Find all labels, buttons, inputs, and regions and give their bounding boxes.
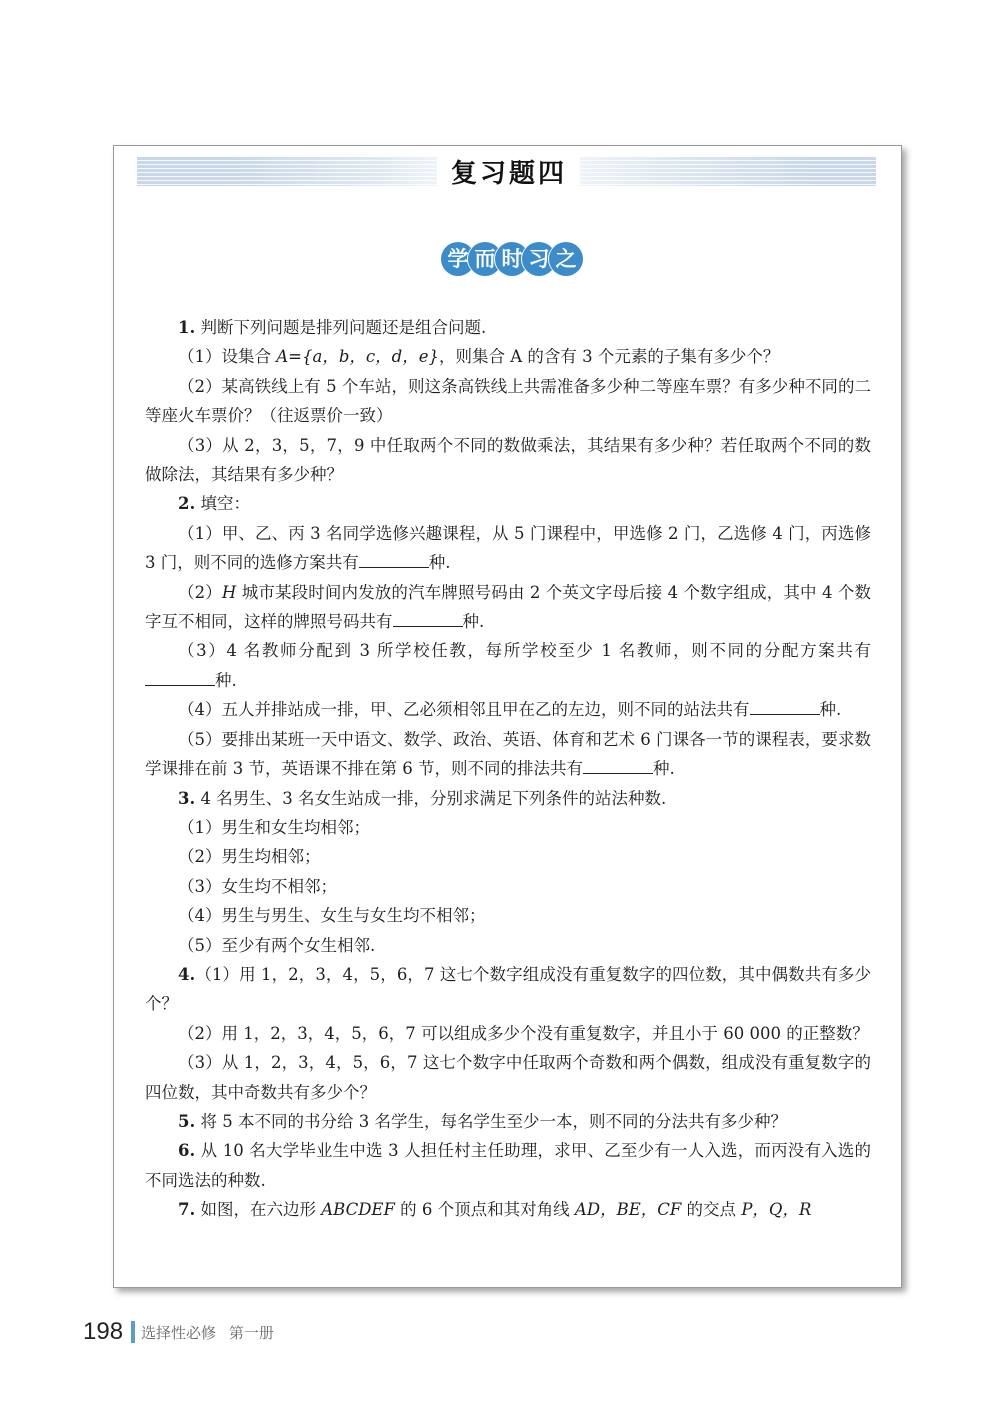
- title-band-left-stripes: [137, 157, 437, 186]
- problem-4-part-2: （2）用 1，2，3，4，5，6，7 可以组成多少个没有重复数字，并且小于 60…: [145, 1019, 871, 1048]
- answer-blank[interactable]: [359, 566, 429, 568]
- problem-3-part-4: （4）男生与男生、女生与女生均不相邻；: [145, 901, 871, 930]
- problem-1-part-1: （1）设集合 A={a，b，c，d，e}，则集合 A 的含有 3 个元素的子集有…: [145, 342, 871, 371]
- page-footer: 198 选择性必修 第一册: [83, 1318, 274, 1346]
- problem-1-part-2: （2）某高铁线上有 5 个车站，则这条高铁线上共需准备多少种二等座车票？有多少种…: [145, 372, 871, 431]
- badge-char: 之: [549, 242, 583, 276]
- answer-blank[interactable]: [583, 772, 653, 774]
- answer-blank[interactable]: [750, 713, 820, 715]
- problem-3-part-2: （2）男生均相邻；: [145, 842, 871, 871]
- problem-2-stem: 2. 填空：: [145, 489, 871, 518]
- footer-accent-bar: [131, 1321, 135, 1343]
- problem-2-part-1: （1）甲、乙、丙 3 名同学选修兴趣课程，从 5 门课程中，甲选修 2 门，乙选…: [145, 519, 871, 578]
- problem-5: 5. 将 5 本不同的书分给 3 名学生，每名学生至少一本，则不同的分法共有多少…: [145, 1107, 871, 1136]
- problem-4-part-1: 4.（1）用 1，2，3，4，5，6，7 这七个数字组成没有重复数字的四位数，其…: [145, 960, 871, 1019]
- problem-2-part-4: （4）五人并排站成一排，甲、乙必须相邻且甲在乙的左边，则不同的站法共有种.: [145, 695, 871, 724]
- problem-3-part-5: （5）至少有两个女生相邻.: [145, 931, 871, 960]
- section-badge: 学 而 时 习 之: [441, 242, 576, 276]
- problem-1-part-3: （3）从 2，3，5，7，9 中任取两个不同的数做乘法，其结果有多少种？若任取两…: [145, 431, 871, 490]
- answer-blank[interactable]: [393, 625, 463, 627]
- problem-2-part-2: （2）H 城市某段时间内发放的汽车牌照号码由 2 个英文字母后接 4 个数字组成…: [145, 578, 871, 637]
- problem-2-part-5: （5）要排出某班一天中语文、数学、政治、英语、体育和艺术 6 门课各一节的课程表…: [145, 725, 871, 784]
- answer-blank[interactable]: [145, 684, 215, 686]
- problem-2-part-3: （3）4 名教师分配到 3 所学校任教，每所学校至少 1 名教师，则不同的分配方…: [145, 636, 871, 695]
- section-title: 复习题四: [437, 153, 581, 190]
- page-number: 198: [83, 1318, 123, 1346]
- book-title: 选择性必修 第一册: [141, 1322, 274, 1343]
- problem-1-stem: 1. 判断下列问题是排列问题还是组合问题.: [145, 313, 871, 342]
- problem-3-part-3: （3）女生均不相邻；: [145, 872, 871, 901]
- title-band-right-stripes: [580, 157, 876, 186]
- problem-3-part-1: （1）男生和女生均相邻；: [145, 813, 871, 842]
- exercise-content: 1. 判断下列问题是排列问题还是组合问题. （1）设集合 A={a，b，c，d，…: [145, 313, 871, 1225]
- problem-4-part-3: （3）从 1，2，3，4，5，6，7 这七个数字中任取两个奇数和两个偶数，组成没…: [145, 1048, 871, 1107]
- problem-7: 7. 如图，在六边形 ABCDEF 的 6 个顶点和其对角线 AD，BE，CF …: [145, 1195, 871, 1224]
- problem-3-stem: 3. 4 名男生、3 名女生站成一排，分别求满足下列条件的站法种数.: [145, 784, 871, 813]
- problem-6: 6. 从 10 名大学毕业生中选 3 人担任村主任助理，求甲、乙至少有一人入选，…: [145, 1136, 871, 1195]
